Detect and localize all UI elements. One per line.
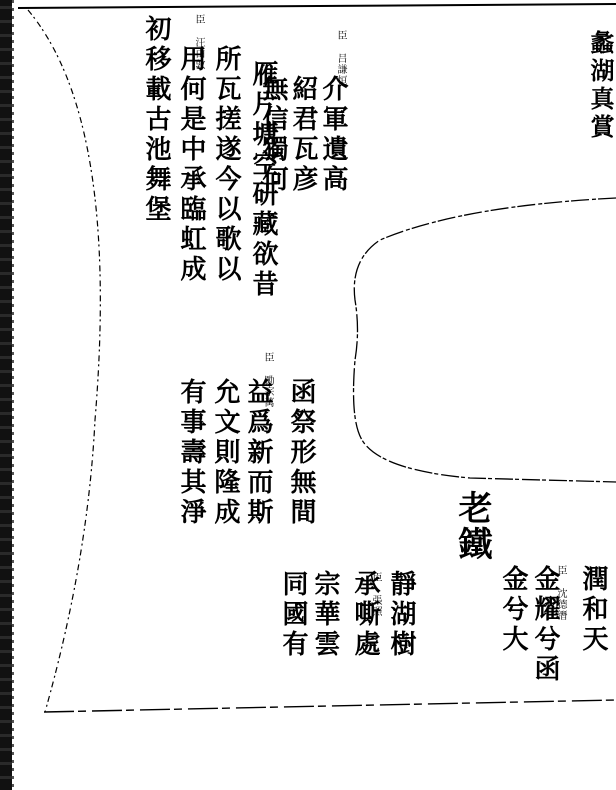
poem-4-col-2: 金耀兮函 (532, 565, 558, 685)
poem-3-col-2: 益爲新而斯 (245, 378, 271, 528)
poem-3-col-4: 有事壽其淨 (178, 378, 204, 528)
poem-5-col-4: 同國有 (280, 570, 306, 660)
poem-2-col-3: 用何是中承臨虹成 (178, 45, 204, 285)
poem-3-col-3: 允文則隆成 (212, 378, 238, 528)
poem-2-col-1: 雁片塘空研藏欲昔 (250, 60, 276, 300)
poem-4-col-1: 潤和天 (580, 565, 606, 655)
poem-4-col-3: 金兮大 (500, 565, 526, 655)
poem-5-col-1: 靜湖樹 (388, 570, 414, 660)
header-title: 蠡湖真賞 (588, 30, 612, 142)
poem-3-col-1: 函祭形無間 (288, 378, 314, 528)
poem-5-col-2: 承嘶處 (352, 570, 378, 660)
poem-1-col-2: 紹君瓦彦 (290, 75, 316, 195)
scanned-page: 蠡湖真賞 臣 吕謙恒 介軍遺高 紹君瓦彦 無信獨何 臣 汪由敦 雁片塘空研藏欲昔… (0, 0, 616, 790)
center-title: 老鐵 (455, 490, 489, 562)
poem-1-col-1: 介軍遺高 (320, 75, 346, 195)
poem-2-col-4: 初移載古池舞堡 (143, 15, 169, 225)
poem-2-col-2: 所瓦搓遂今以歌以 (213, 45, 239, 285)
poem-5-col-3: 宗華雲 (312, 570, 338, 660)
